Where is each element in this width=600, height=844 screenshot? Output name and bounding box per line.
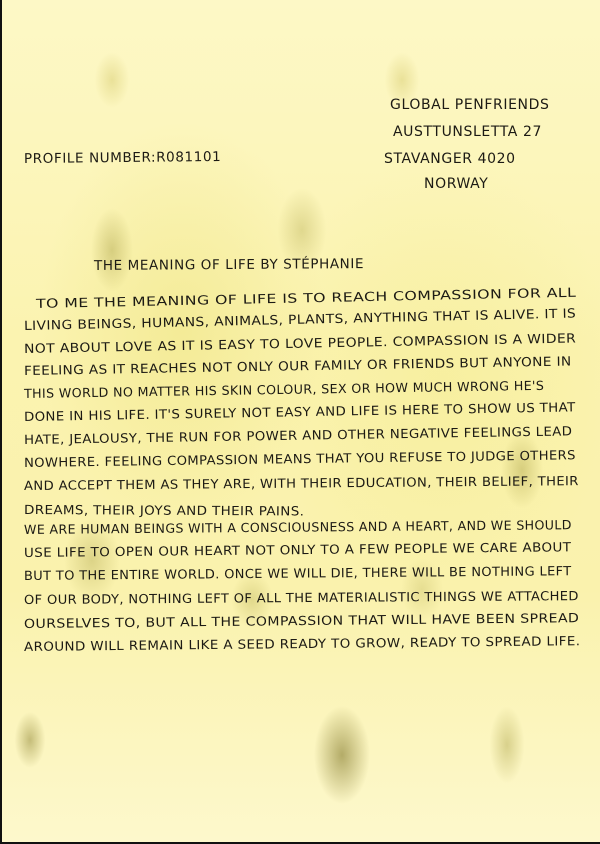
profile-number: Profile Number:R081101 [24,151,221,167]
body-line: hate, jealousy, the run for power and ot… [24,423,573,447]
address-line-city: Stavanger 4020 [384,152,549,166]
body-line: ourselves to, but all the compassion tha… [24,610,579,631]
body-line: done in his life. It's surely not easy a… [24,399,576,424]
body-line: living beings, humans, animals, plants, … [24,305,576,333]
letter-page: Global Penfriends Austtunsletta 27 Stava… [2,0,600,842]
body-line: of our body, nothing left of all the mat… [24,588,579,607]
profile-number-label: Profile Number: [24,150,156,167]
body-line: use life to open our heart not only to a… [24,539,571,560]
address-line-country: Norway [424,177,549,191]
body-line: and accept them as they are, with their … [24,473,579,493]
address-line-organization: Global Penfriends [390,98,549,112]
recipient-address: Global Penfriends Austtunsletta 27 Stava… [390,98,549,204]
body-line: this world no matter his skin colour, se… [24,378,544,401]
address-line-street: Austtunsletta 27 [393,125,549,139]
letter-title: The meaning of life by Stéphanie [94,258,364,273]
body-line: We are human beings with a consciousness… [24,517,572,537]
body-line: nowhere. Feeling compassion means that y… [24,447,576,470]
body-line: feeling as it reaches not only our famil… [24,353,572,378]
body-line: not about love as it is easy to love peo… [24,330,576,356]
body-line: dreams, their joys and their pains. [24,502,304,518]
profile-number-value: R081101 [156,149,221,166]
body-line: around will remain like a seed ready to … [24,633,581,654]
body-line: but to the entire world. Once we will di… [24,563,572,583]
